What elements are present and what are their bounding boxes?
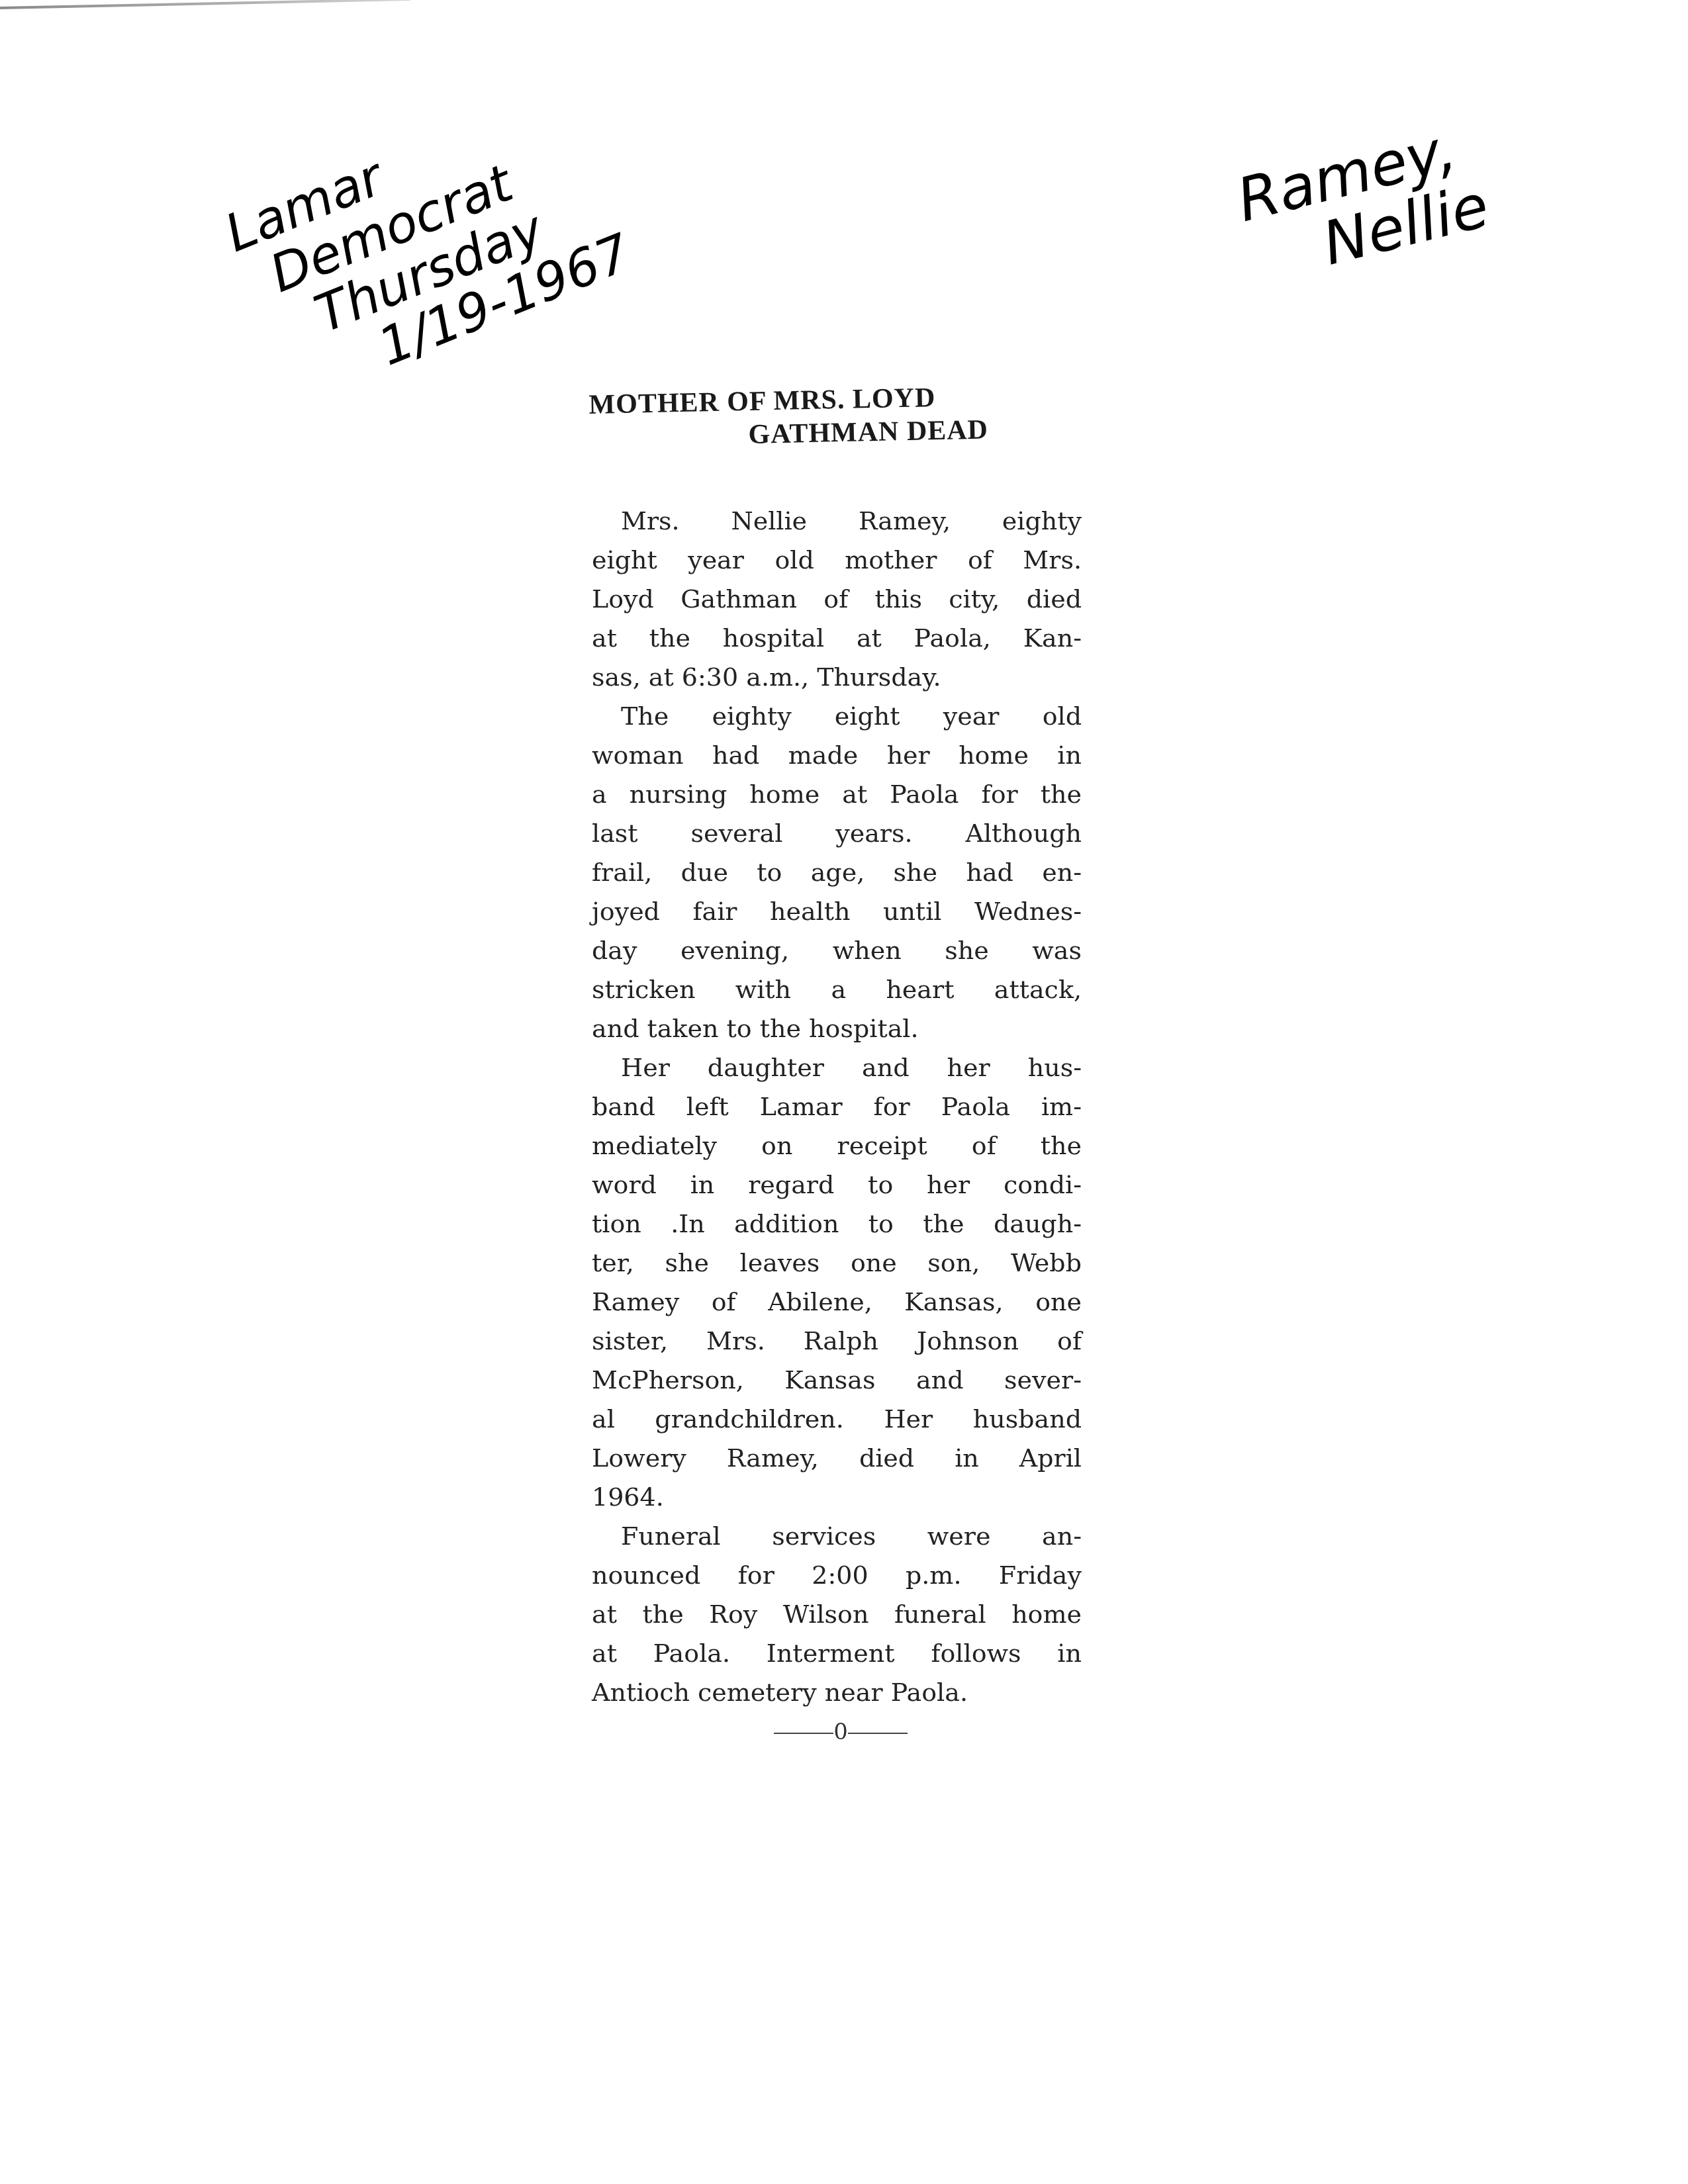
divider-rule-left xyxy=(774,1733,833,1734)
article-line: frail, due to age, she had en- xyxy=(592,853,1082,892)
obituary-body: Mrs. Nellie Ramey, eightyeight year old … xyxy=(592,502,1082,1712)
article-line: Loyd Gathman of this city, died xyxy=(592,580,1082,619)
divider-mark: 0 xyxy=(833,1719,848,1745)
article-line: eight year old mother of Mrs. xyxy=(592,541,1082,580)
article-line: nounced for 2:00 p.m. Friday xyxy=(592,1556,1082,1595)
article-line: last several years. Although xyxy=(592,814,1082,853)
article-line: Her daughter and her hus- xyxy=(592,1048,1082,1087)
article-line: stricken with a heart attack, xyxy=(592,970,1082,1009)
article-line: Funeral services were an- xyxy=(592,1517,1082,1556)
handwritten-subject-note: Ramey, Nellie xyxy=(1231,114,1495,293)
article-line: Lowery Ramey, died in April xyxy=(592,1439,1082,1478)
article-line: woman had made her home in xyxy=(592,736,1082,775)
article-paragraph: Her daughter and her hus-band left Lamar… xyxy=(592,1048,1082,1517)
article-line: Ramey of Abilene, Kansas, one xyxy=(592,1283,1082,1322)
article-line: 1964. xyxy=(592,1478,1082,1517)
article-line: The eighty eight year old xyxy=(592,697,1082,736)
end-divider: 0 xyxy=(589,1719,1092,1745)
article-line: Antioch cemetery near Paola. xyxy=(592,1673,1082,1712)
article-line: Mrs. Nellie Ramey, eighty xyxy=(592,502,1082,541)
article-line: joyed fair health until Wednes- xyxy=(592,892,1082,931)
article-line: tion .In addition to the daugh- xyxy=(592,1205,1082,1244)
article-line: word in regard to her condi- xyxy=(592,1165,1082,1205)
article-line: sas, at 6:30 a.m., Thursday. xyxy=(592,658,1082,697)
article-line: McPherson, Kansas and sever- xyxy=(592,1361,1082,1400)
article-line: al grandchildren. Her husband xyxy=(592,1400,1082,1439)
article-line: and taken to the hospital. xyxy=(592,1009,1082,1048)
newspaper-clipping: MOTHER OF MRS. LOYD GATHMAN DEAD Mrs. Ne… xyxy=(589,384,1092,1745)
article-line: ter, she leaves one son, Webb xyxy=(592,1244,1082,1283)
article-paragraph: Funeral services were an-nounced for 2:0… xyxy=(592,1517,1082,1712)
article-paragraph: Mrs. Nellie Ramey, eightyeight year old … xyxy=(592,502,1082,697)
article-line: at Paola. Interment follows in xyxy=(592,1634,1082,1673)
article-line: a nursing home at Paola for the xyxy=(592,775,1082,814)
clipping-headline: MOTHER OF MRS. LOYD GATHMAN DEAD xyxy=(588,379,1093,454)
article-line: day evening, when she was xyxy=(592,931,1082,970)
article-line: sister, Mrs. Ralph Johnson of xyxy=(592,1322,1082,1361)
scan-page-edge xyxy=(0,0,410,9)
article-line: band left Lamar for Paola im- xyxy=(592,1087,1082,1126)
article-line: mediately on receipt of the xyxy=(592,1126,1082,1165)
handwritten-source-note: Lamar Democrat Thursday 1/19-1967 xyxy=(218,75,638,412)
article-paragraph: The eighty eight year oldwoman had made … xyxy=(592,697,1082,1048)
article-line: at the hospital at Paola, Kan- xyxy=(592,619,1082,658)
article-line: at the Roy Wilson funeral home xyxy=(592,1595,1082,1634)
divider-rule-right xyxy=(848,1733,908,1734)
